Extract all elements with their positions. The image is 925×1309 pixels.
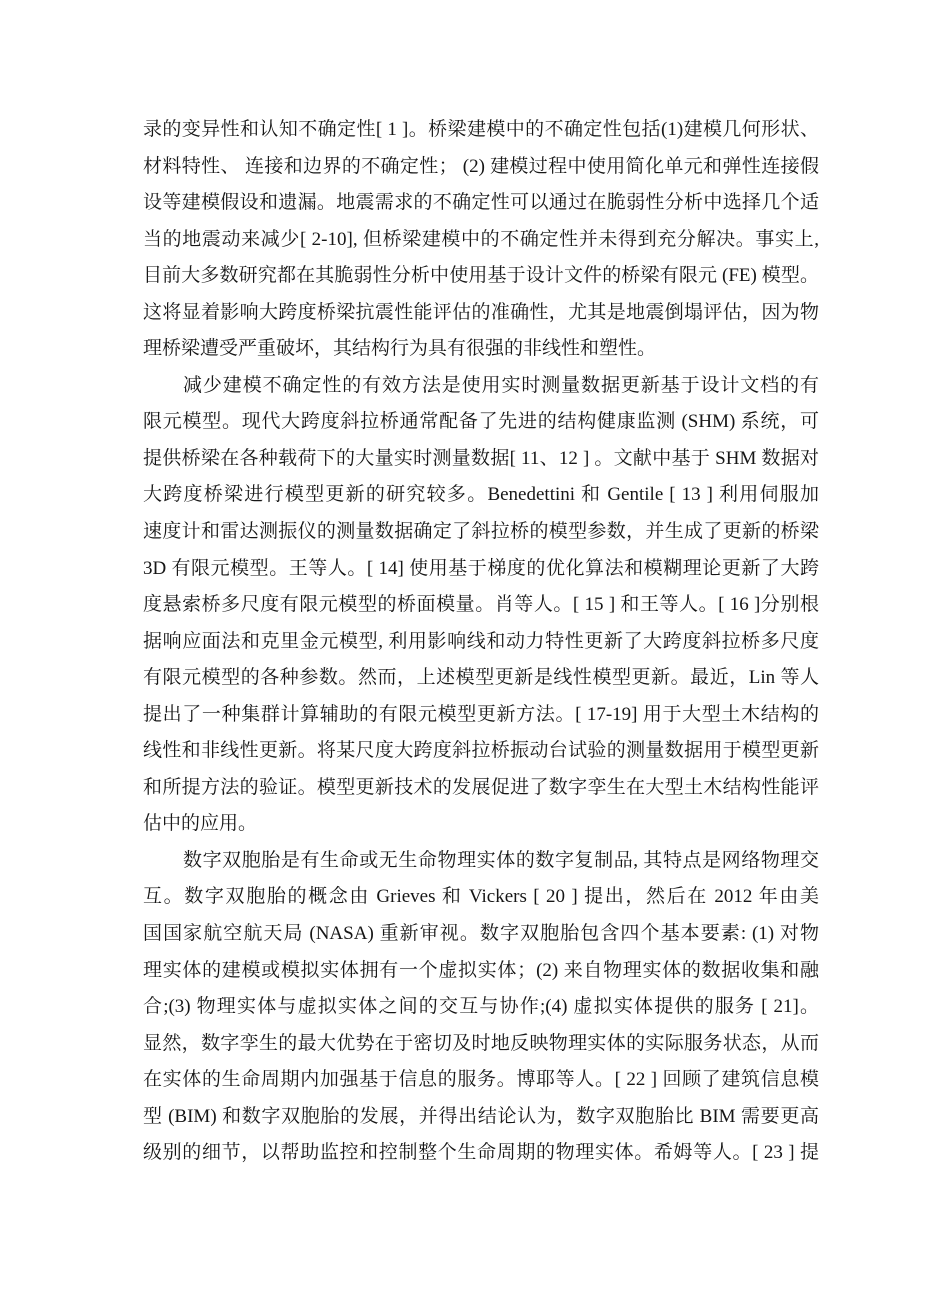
text-line-21: 数字双胞胎是有生命或无生命物理实体的数字复制品, 其特点是网络物理交	[143, 843, 819, 880]
text-line-25: 合;(3) 物理实体与虚拟实体之间的交互与协作;(4) 虚拟实体提供的服务 [ …	[143, 989, 819, 1026]
text-line-20: 估中的应用。	[143, 806, 819, 843]
text-line-18: 线性和非线性更新。将某尺度大跨度斜拉桥振动台试验的测量数据用于模型更新	[143, 733, 819, 770]
text-line-2: 材料特性、 连接和边界的不确定性； (2) 建模过程中使用简化单元和弹性连接假	[143, 149, 819, 186]
text-line-5: 目前大多数研究都在其脆弱性分析中使用基于设计文件的桥梁有限元 (FE) 模型。	[143, 258, 819, 295]
text-line-15: 据响应面法和克里金元模型, 利用影响线和动力特性更新了大跨度斜拉桥多尺度	[143, 624, 819, 661]
text-line-4: 当的地震动来减少[ 2-10], 但桥梁建模中的不确定性并未得到充分解决。事实上…	[143, 222, 819, 259]
text-line-14: 度悬索桥多尺度有限元模型的桥面模量。肖等人。[ 15 ] 和王等人。[ 16 ]…	[143, 587, 819, 624]
text-line-3: 设等建模假设和遗漏。地震需求的不确定性可以通过在脆弱性分析中选择几个适	[143, 185, 819, 222]
text-line-10: 提供桥梁在各种载荷下的大量实时测量数据[ 11、12 ] 。文献中基于 SHM …	[143, 441, 819, 478]
text-line-6: 这将显着影响大跨度桥梁抗震性能评估的准确性，尤其是地震倒塌评估，因为物	[143, 295, 819, 332]
body-text: 录的变异性和认知不确定性[ 1 ]。桥梁建模中的不确定性包括(1)建模几何形状、…	[143, 112, 819, 1172]
text-line-9: 限元模型。现代大跨度斜拉桥通常配备了先进的结构健康监测 (SHM) 系统，可	[143, 404, 819, 441]
text-line-8: 减少建模不确定性的有效方法是使用实时测量数据更新基于设计文档的有	[143, 368, 819, 405]
text-line-7: 理桥梁遭受严重破坏，其结构行为具有很强的非线性和塑性。	[143, 331, 819, 368]
text-line-26: 显然，数字孪生的最大优势在于密切及时地反映物理实体的实际服务状态，从而	[143, 1026, 819, 1063]
text-line-11: 大跨度桥梁进行模型更新的研究较多。Benedettini 和 Gentile […	[143, 477, 819, 514]
text-line-13: 3D 有限元模型。王等人。[ 14] 使用基于梯度的优化算法和模糊理论更新了大跨	[143, 551, 819, 588]
text-line-16: 有限元模型的各种参数。然而，上述模型更新是线性模型更新。最近，Lin 等人	[143, 660, 819, 697]
text-line-23: 国国家航空航天局 (NASA) 重新审视。数字双胞胎包含四个基本要素: (1) …	[143, 916, 819, 953]
text-line-22: 互。数字双胞胎的概念由 Grieves 和 Vickers [ 20 ] 提出，…	[143, 879, 819, 916]
text-line-17: 提出了一种集群计算辅助的有限元模型更新方法。[ 17-19] 用于大型土木结构的	[143, 697, 819, 734]
text-line-1: 录的变异性和认知不确定性[ 1 ]。桥梁建模中的不确定性包括(1)建模几何形状、	[143, 112, 819, 149]
text-line-29: 级别的细节，以帮助监控和控制整个生命周期的物理实体。希姆等人。[ 23 ] 提	[143, 1135, 819, 1172]
text-line-19: 和所提方法的验证。模型更新技术的发展促进了数字孪生在大型土木结构性能评	[143, 770, 819, 807]
text-line-28: 型 (BIM) 和数字双胞胎的发展，并得出结论认为，数字双胞胎比 BIM 需要更…	[143, 1099, 819, 1136]
text-line-27: 在实体的生命周期内加强基于信息的服务。博耶等人。[ 22 ] 回顾了建筑信息模	[143, 1062, 819, 1099]
text-line-24: 理实体的建模或模拟实体拥有一个虚拟实体；(2) 来自物理实体的数据收集和融	[143, 953, 819, 990]
text-line-12: 速度计和雷达测振仪的测量数据确定了斜拉桥的模型参数，并生成了更新的桥梁	[143, 514, 819, 551]
document-page: 录的变异性和认知不确定性[ 1 ]。桥梁建模中的不确定性包括(1)建模几何形状、…	[0, 0, 925, 1309]
